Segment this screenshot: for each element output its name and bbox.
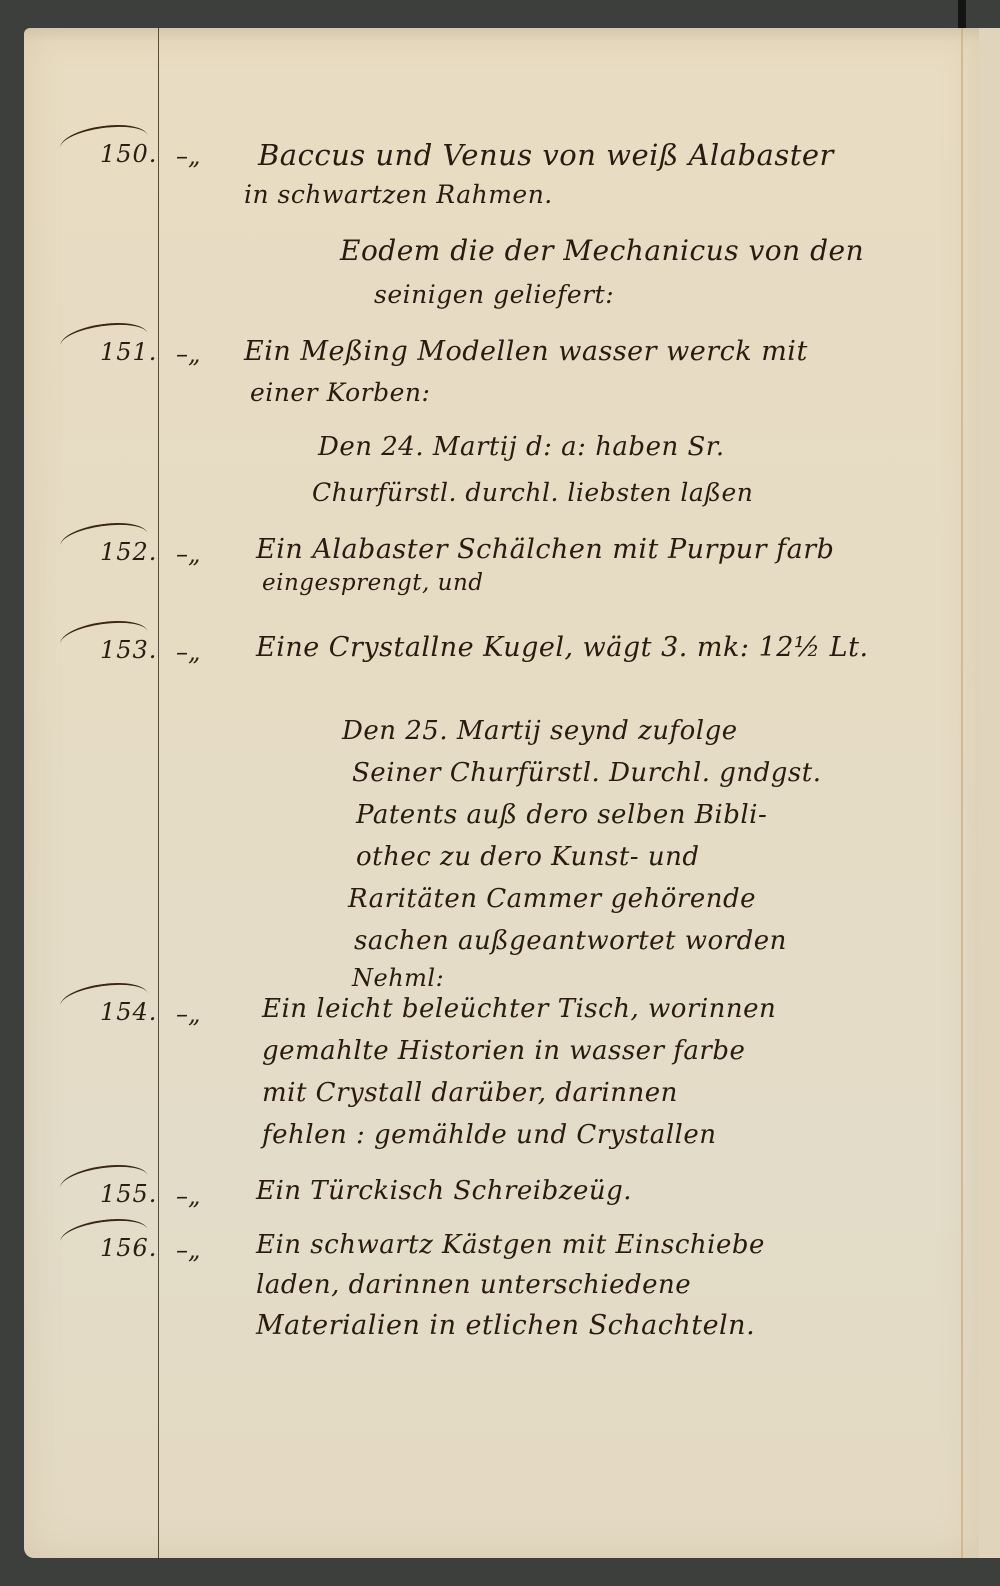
entry-text-line: Materialien in etlichen Schachteln. — [256, 1310, 755, 1341]
entry-text-line: eingesprengt, und — [262, 570, 484, 596]
entry-dash: –„ — [176, 142, 200, 170]
entry-dash: –„ — [176, 340, 200, 368]
section-heading-line: Nehml: — [352, 964, 444, 992]
entry-number-152: 152. — [100, 538, 157, 566]
section-heading-line: Churfürstl. durchl. liebsten laßen — [312, 478, 753, 507]
section-heading-line: Den 25. Martij seynd zufolge — [342, 716, 738, 746]
entry-text-line: Ein leicht beleüchter Tisch, worinnen — [262, 994, 776, 1024]
entry-dash: –„ — [176, 638, 200, 666]
section-heading-line: Patents auß dero selben Bibli- — [356, 800, 767, 830]
entry-dash: –„ — [176, 1000, 200, 1028]
section-heading-line: othec zu dero Kunst- und — [356, 842, 699, 872]
entry-text-line: Ein Meßing Modellen wasser werck mit — [244, 336, 808, 367]
entry-dash: –„ — [176, 540, 200, 568]
entry-number-151: 151. — [100, 338, 157, 366]
fold-line — [961, 28, 963, 1558]
entry-text-line: Eine Crystallne Kugel, wägt 3. mk: 12½ L… — [256, 632, 869, 663]
entry-text-line: laden, darinnen unterschiedene — [256, 1270, 691, 1300]
entry-number-155: 155. — [100, 1180, 157, 1208]
section-heading-line: Raritäten Cammer gehörende — [348, 884, 756, 914]
binding-strip — [958, 0, 966, 30]
entry-text-line: mit Crystall darüber, darinnen — [262, 1078, 678, 1108]
section-heading-line: Eodem die der Mechanicus von den — [340, 234, 864, 267]
entry-text-line: Baccus und Venus von weiß Alabaster — [258, 138, 834, 172]
entry-text-line: einer Korben: — [250, 378, 430, 407]
entry-text-line: Ein Alabaster Schälchen mit Purpur farb — [256, 534, 834, 565]
section-heading-line: seinigen geliefert: — [374, 280, 614, 309]
entry-text-line: gemahlte Historien in wasser farbe — [262, 1036, 745, 1066]
section-heading-line: sachen außgeantwortet worden — [354, 926, 787, 956]
entry-number-156: 156. — [100, 1234, 157, 1262]
entry-text-line: Ein schwartz Kästgen mit Einschiebe — [256, 1230, 765, 1260]
entry-number-153: 153. — [100, 636, 157, 664]
entry-number-150: 150. — [100, 140, 157, 168]
torn-top-edge — [24, 28, 979, 42]
section-heading-line: Den 24. Martij d: a: haben Sr. — [318, 432, 725, 462]
section-heading-line: Seiner Churfürstl. Durchl. gndgst. — [352, 758, 822, 788]
margin-rule-line — [158, 28, 159, 1558]
entry-dash: –„ — [176, 1236, 200, 1264]
entry-number-154: 154. — [100, 998, 157, 1026]
entry-text-line: fehlen : gemählde und Crystallen — [262, 1120, 717, 1150]
entry-text-line: in schwartzen Rahmen. — [244, 180, 553, 209]
entry-dash: –„ — [176, 1182, 200, 1210]
entry-text-line: Ein Türckisch Schreibzeüg. — [256, 1176, 632, 1206]
